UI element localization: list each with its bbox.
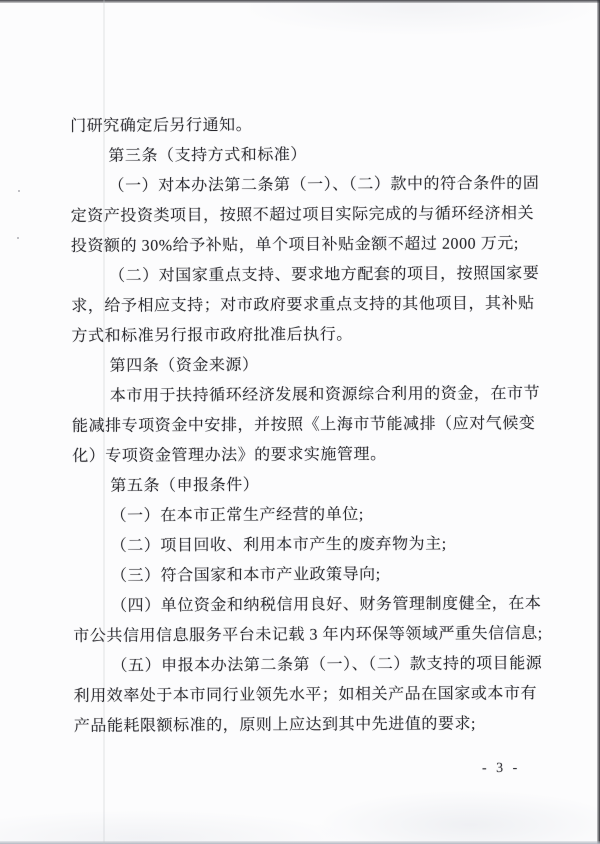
text-line: （二）对国家重点支持、要求地方配套的项目，按照国家要 [71,259,541,292]
text-line: （一）在本市正常生产经营的单位; [72,499,542,532]
scan-speck [18,190,20,192]
text-line: 门研究确定后另行通知。 [70,109,540,142]
text-line: 化）专项资金管理办法》的要求实施管理。 [72,439,542,472]
text-line: （三）符合国家和本市产业政策导向; [73,559,543,592]
page-number: - 3 - [482,761,520,777]
text-line: 市公共信用信息服务平台未记载 3 年内环保等领域严重失信信息; [73,619,543,652]
text-line: 产品能耗限额标准的，原则上应达到其中先进值的要求; [74,709,544,742]
text-line: 利用效率处于本市同行业领先水平；如相关产品在国家或本市有 [74,679,544,712]
text-line: 第五条（申报条件） [72,469,542,502]
text-line: （四）单位资金和纳税信用良好、财务管理制度健全，在本 [73,589,543,622]
scan-speck [17,237,19,239]
text-line: 投资额的 30%给予补贴，单个项目补贴金额不超过 2000 万元; [71,229,541,262]
scanned-document-page: 门研究确定后另行通知。第三条（支持方式和标准）（一）对本办法第二条第（一）、（二… [0,0,600,844]
text-line: 求，给予相应支持；对市政府要求重点支持的其他项目，其补贴 [71,289,541,322]
text-line: （二）项目回收、利用本市产生的废弃物为主; [73,529,543,562]
scan-edge-top [0,0,600,3]
text-line: 能减排专项资金中安排，并按照《上海市节能减排（应对气候变 [72,409,542,442]
text-line: 方式和标准另行报市政府批准后执行。 [71,319,541,352]
text-line: 定资产投资类项目，按照不超过项目实际完成的与循环经济相关 [71,199,541,232]
text-line: （五）申报本办法第二条第（一）、（二）款支持的项目能源 [73,649,543,682]
document-body: 门研究确定后另行通知。第三条（支持方式和标准）（一）对本办法第二条第（一）、（二… [70,109,544,742]
text-line: 第三条（支持方式和标准） [70,139,540,172]
text-line: 本市用于扶持循环经济发展和资源综合利用的资金，在市节 [72,379,542,412]
text-line: （一）对本办法第二条第（一）、（二）款中的符合条件的固 [70,169,540,202]
text-line: 第四条（资金来源） [72,349,542,382]
